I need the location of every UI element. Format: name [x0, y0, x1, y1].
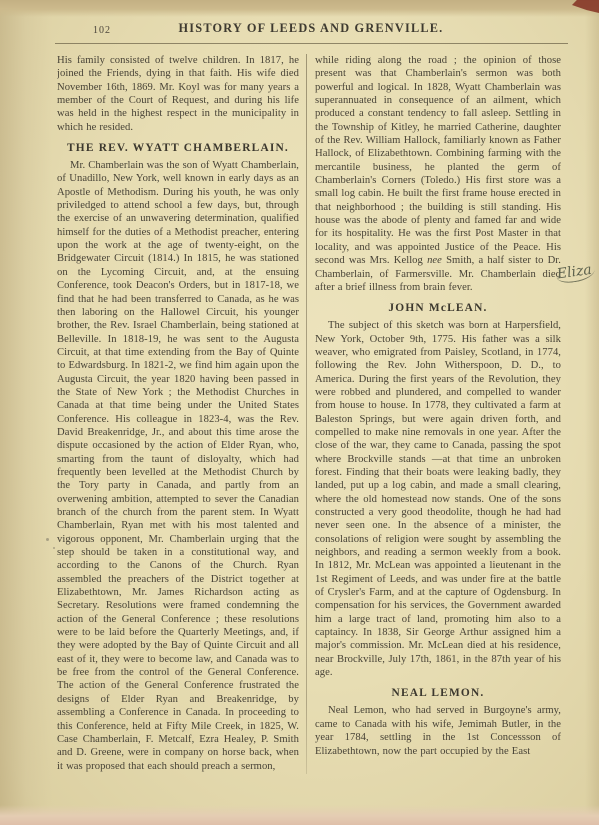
neal-lemon-paragraph: Neal Lemon, who had served in Burgoyne's…: [315, 704, 561, 757]
ink-speck: [53, 547, 55, 549]
page-header-title: HISTORY OF LEEDS AND GRENVILLE.: [55, 21, 567, 36]
page-bottom-edge: [0, 805, 599, 825]
nee-italic-word: nee: [427, 255, 442, 266]
wyatt-chamberlain-paragraph: Mr. Chamberlain was the son of Wyatt Cha…: [57, 159, 299, 773]
running-header: 102 HISTORY OF LEEDS AND GRENVILLE.: [0, 21, 599, 41]
left-column: His family consisted of twelve children.…: [57, 54, 299, 774]
john-mclean-paragraph: The subject of this sketch was born at H…: [315, 319, 561, 679]
section-heading-john-mclean: JOHN McLEAN.: [315, 302, 561, 314]
section-heading-wyatt-chamberlain: THE REV. WYATT CHAMBERLAIN.: [57, 142, 299, 154]
handwritten-margin-note: Eliza: [555, 261, 596, 284]
right-column: while riding along the road ; the opinio…: [315, 54, 561, 774]
koyl-continuation-paragraph: His family consisted of twelve children.…: [57, 54, 299, 134]
section-heading-neal-lemon: NEAL LEMON.: [315, 687, 561, 699]
scanned-book-page: 102 HISTORY OF LEEDS AND GRENVILLE. His …: [0, 0, 599, 825]
two-column-text-block: His family consisted of twelve children.…: [57, 54, 562, 774]
chamberlain-continuation-paragraph: while riding along the road ; the opinio…: [315, 54, 561, 294]
ink-speck: [46, 538, 49, 541]
paragraph-text: while riding along the road ; the opinio…: [315, 55, 561, 266]
page-top-edge: [0, 0, 599, 17]
header-rule: [55, 43, 568, 44]
column-divider-rule: [306, 54, 307, 774]
